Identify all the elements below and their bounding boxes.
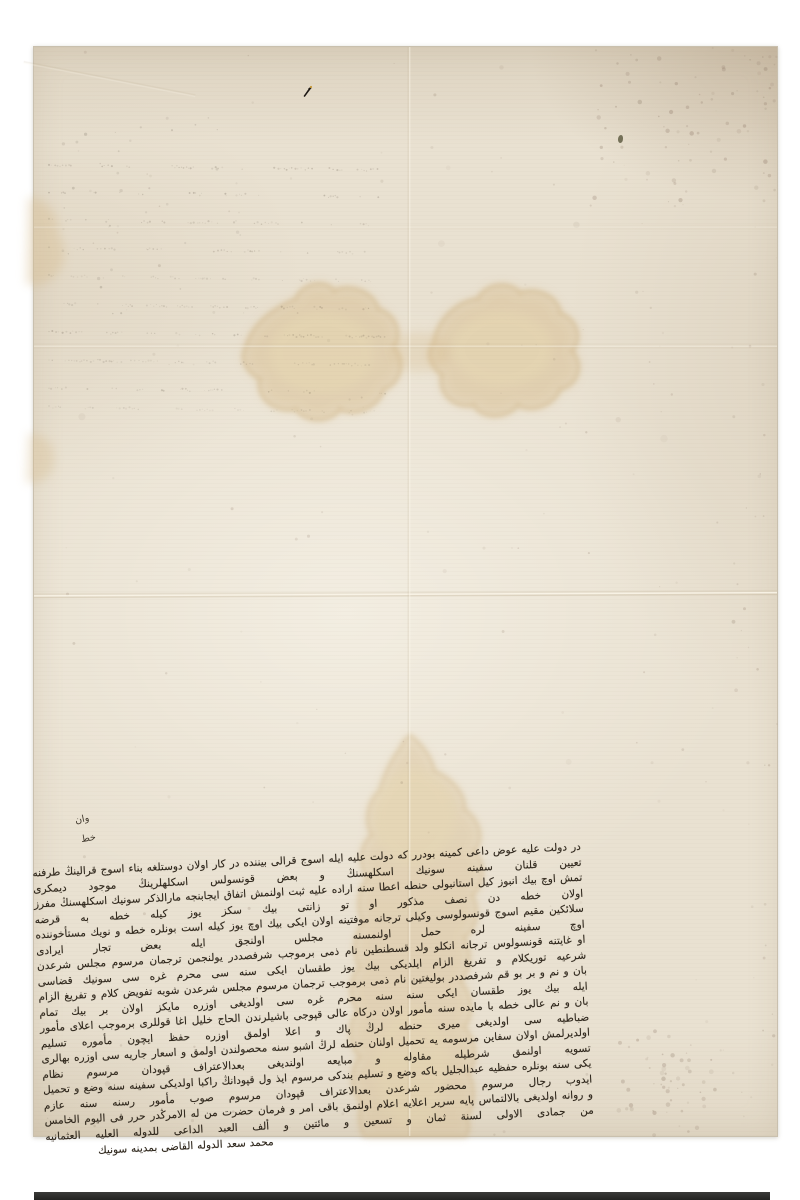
photo-backdrop: وان خط در دولت عليه عوض داعی كمينه بودرر… — [0, 0, 800, 1200]
marginal-word: خط — [80, 832, 96, 845]
manuscript-text-block: در دولت عليه عوض داعی كمينه بودرر كه دول… — [32, 840, 595, 1162]
adjacent-photo-edge — [34, 1192, 770, 1200]
stray-ink-mark — [302, 85, 316, 99]
manuscript-paper: وان خط در دولت عليه عوض داعی كمينه بودرر… — [33, 46, 778, 1137]
